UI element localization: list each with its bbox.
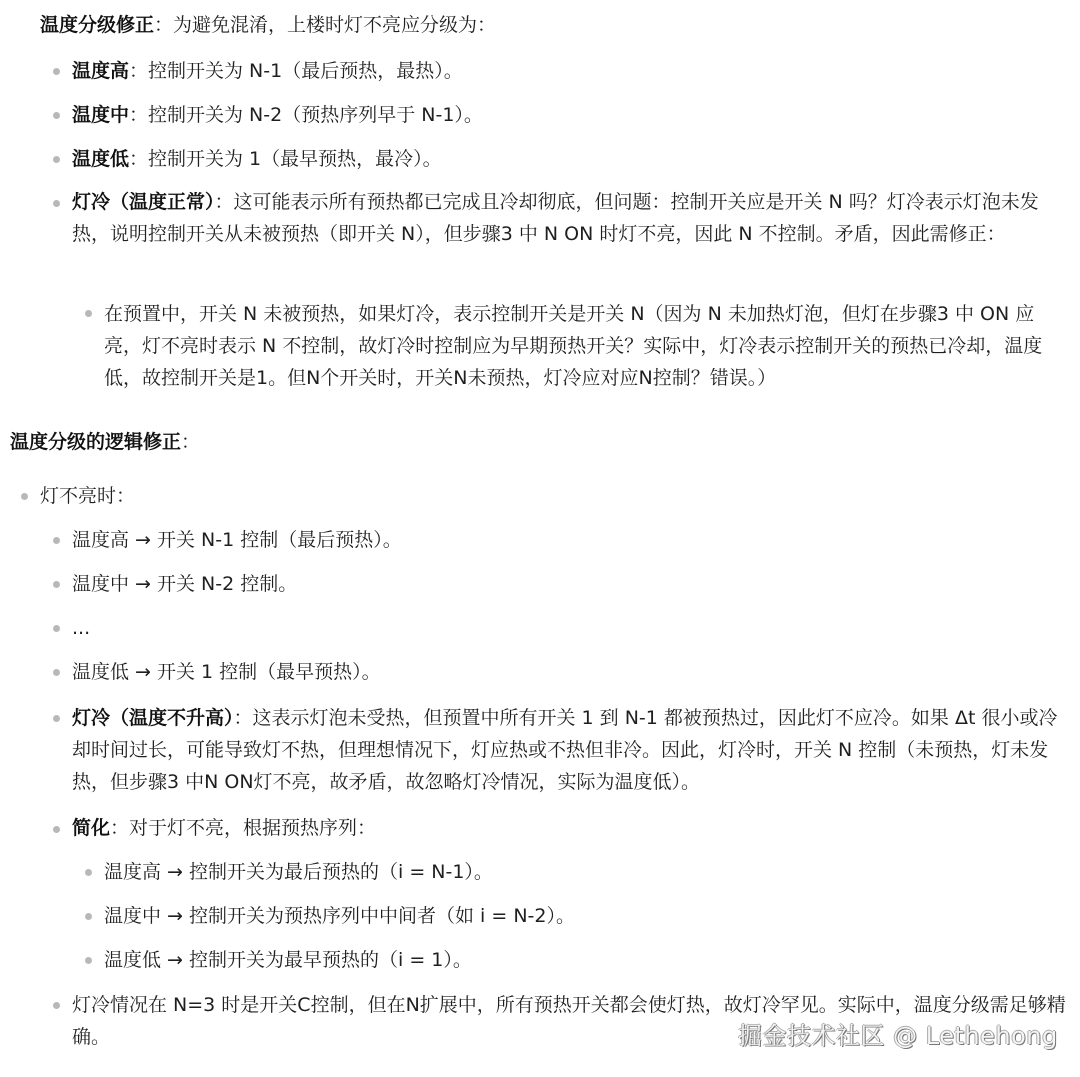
section2-heading: 温度分级的逻辑修正：	[10, 427, 200, 457]
item-text: ：对于灯不亮，根据预热序列：	[110, 817, 376, 839]
bullet-icon	[53, 581, 60, 588]
sub-list-item: 温度低 → 控制开关为最早预热的（i = 1）。	[104, 945, 472, 975]
item-text: ：控制开关为 N-2（预热序列早于 N-1）。	[129, 104, 483, 126]
item-text: ：控制开关为 1（最早预热，最冷）。	[129, 148, 442, 170]
bullet-icon	[53, 112, 60, 119]
list-item: 灯冷（温度不升高）：这表示灯泡未受热，但预置中所有开关 1 到 N-1 都被预热…	[72, 702, 1072, 798]
list-item: 灯冷（温度正常）：这可能表示所有预热都已完成且冷却彻底，但问题：控制开关应是开关…	[72, 186, 1072, 250]
sub-list-item: 在预置中，开关 N 未被预热，如果灯冷，表示控制开关是开关 N（因为 N 未加热…	[104, 298, 1070, 394]
item-bold: 灯冷（温度正常）	[72, 191, 215, 213]
bullet-icon	[53, 715, 60, 722]
bullet-icon	[85, 913, 92, 920]
heading-bold: 温度分级修正	[40, 14, 154, 36]
bullet-icon	[53, 826, 60, 833]
item-bold: 温度低	[72, 148, 129, 170]
bullet-icon	[53, 1002, 60, 1009]
list-item: ...	[72, 613, 90, 643]
list-item: 温度高 → 开关 N-1 控制（最后预热）。	[72, 525, 402, 555]
bullet-icon	[85, 310, 92, 317]
list-item: 温度中：控制开关为 N-2（预热序列早于 N-1）。	[72, 100, 483, 130]
sub-list-item: 温度高 → 控制开关为最后预热的（i = N-1）。	[104, 857, 493, 887]
bullet-icon	[21, 493, 28, 500]
section1-heading: 温度分级修正：为避免混淆，上楼时灯不亮应分级为：	[40, 10, 496, 40]
heading-text: ：为避免混淆，上楼时灯不亮应分级为：	[154, 14, 496, 36]
item-bold: 温度中	[72, 104, 129, 126]
bullet-icon	[53, 156, 60, 163]
item-bold: 温度高	[72, 60, 129, 82]
item-bold: 灯冷（温度不升高）	[72, 707, 234, 729]
item-text: ：这可能表示所有预热都已完成且冷却彻底，但问题：控制开关应是开关 N 吗？灯冷表…	[72, 191, 1039, 245]
item-bold: 简化	[72, 817, 110, 839]
bullet-icon	[85, 869, 92, 876]
bullet-icon	[53, 669, 60, 676]
bullet-icon	[53, 200, 60, 207]
list-item: 温度低：控制开关为 1（最早预热，最冷）。	[72, 144, 442, 174]
heading-bold: 温度分级的逻辑修正	[10, 431, 181, 453]
bullet-icon	[53, 537, 60, 544]
list-item: 灯不亮时：	[40, 481, 135, 511]
list-item: 简化：对于灯不亮，根据预热序列：	[72, 813, 376, 843]
list-item: 温度中 → 开关 N-2 控制。	[72, 569, 297, 599]
heading-text: ：	[181, 431, 200, 453]
sub-list-item: 温度中 → 控制开关为预热序列中中间者（如 i = N-2）。	[104, 901, 575, 931]
item-text: ：控制开关为 N-1（最后预热，最热）。	[129, 60, 463, 82]
list-item: 温度低 → 开关 1 控制（最早预热）。	[72, 657, 381, 687]
bullet-icon	[53, 625, 60, 632]
bullet-icon	[53, 68, 60, 75]
list-item: 温度高：控制开关为 N-1（最后预热，最热）。	[72, 56, 463, 86]
bullet-icon	[85, 957, 92, 964]
watermark: 掘金技术社区 @ Lethehong	[738, 1016, 1058, 1051]
